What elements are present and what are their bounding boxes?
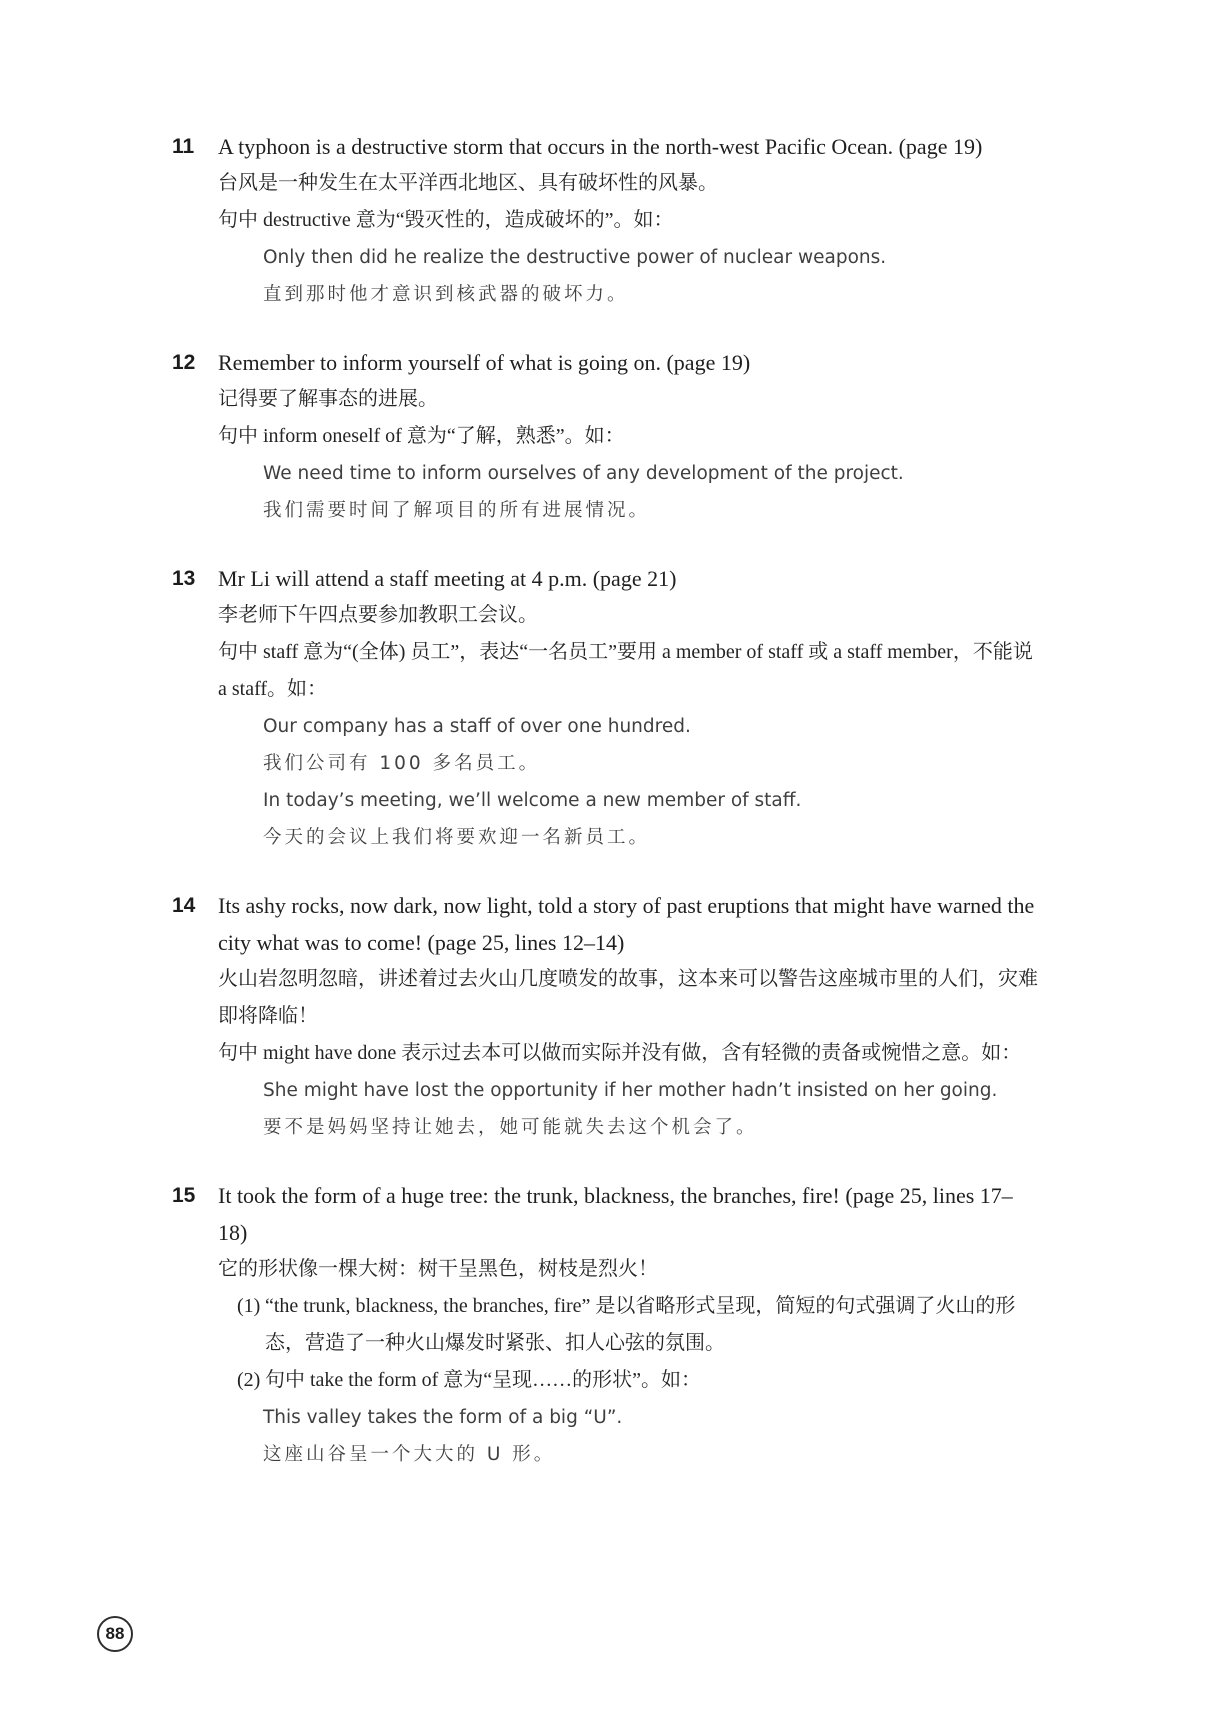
item-body: Mr Li will attend a staff meeting at 4 p… <box>218 560 1038 856</box>
example-block: We need time to inform ourselves of any … <box>263 455 1038 529</box>
item-chinese-translation: 它的形状像一棵大树：树干呈黑色，树枝是烈火！ <box>218 1251 1038 1288</box>
notes-list: 11 A typhoon is a destructive storm that… <box>172 128 1038 1504</box>
note-item-14: 14 Its ashy rocks, now dark, now light, … <box>172 887 1038 1146</box>
page-number: 88 <box>106 1624 125 1644</box>
example-chinese: 我们需要时间了解项目的所有进展情况。 <box>263 492 1038 529</box>
note-item-13: 13 Mr Li will attend a staff meeting at … <box>172 560 1038 856</box>
sub-item-text: “the trunk, blackness, the branches, fir… <box>265 1288 1038 1362</box>
item-chinese-translation: 李老师下午四点要参加教职工会议。 <box>218 597 1038 634</box>
item-english-sentence: Its ashy rocks, now dark, now light, tol… <box>218 887 1038 961</box>
item-body: A typhoon is a destructive storm that oc… <box>218 128 1038 313</box>
textbook-page: 11 A typhoon is a destructive storm that… <box>0 0 1207 1717</box>
sub-item-text: 句中 take the form of 意为“呈现……的形状”。如： <box>265 1362 1038 1399</box>
example-english: In today’s meeting, we’ll welcome a new … <box>263 782 1038 819</box>
example-chinese: 要不是妈妈坚持让她去，她可能就失去这个机会了。 <box>263 1109 1038 1146</box>
example-english: Our company has a staff of over one hund… <box>263 708 1038 745</box>
item-body: Remember to inform yourself of what is g… <box>218 344 1038 529</box>
example-chinese: 今天的会议上我们将要欢迎一名新员工。 <box>263 819 1038 856</box>
note-item-11: 11 A typhoon is a destructive storm that… <box>172 128 1038 313</box>
item-number: 15 <box>172 1177 218 1473</box>
item-number: 14 <box>172 887 218 1146</box>
item-chinese-translation: 火山岩忽明忽暗，讲述着过去火山几度喷发的故事，这本来可以警告这座城市里的人们，灾… <box>218 961 1038 1035</box>
example-chinese: 直到那时他才意识到核武器的破坏力。 <box>263 276 1038 313</box>
item-english-sentence: It took the form of a huge tree: the tru… <box>218 1177 1038 1251</box>
item-english-sentence: Mr Li will attend a staff meeting at 4 p… <box>218 560 1038 597</box>
item-usage-note: 句中 inform oneself of 意为“了解，熟悉”。如： <box>218 418 1038 455</box>
example-block: Only then did he realize the destructive… <box>263 239 1038 313</box>
example-chinese: 这座山谷呈一个大大的 U 形。 <box>263 1436 1038 1473</box>
example-english: Only then did he realize the destructive… <box>263 239 1038 276</box>
item-usage-note: 句中 destructive 意为“毁灭性的，造成破坏的”。如： <box>218 202 1038 239</box>
sub-item-2: (2) 句中 take the form of 意为“呈现……的形状”。如： <box>237 1362 1038 1399</box>
item-body: It took the form of a huge tree: the tru… <box>218 1177 1038 1473</box>
page-number-badge: 88 <box>97 1616 133 1652</box>
item-body: Its ashy rocks, now dark, now light, tol… <box>218 887 1038 1146</box>
note-item-12: 12 Remember to inform yourself of what i… <box>172 344 1038 529</box>
item-english-sentence: Remember to inform yourself of what is g… <box>218 344 1038 381</box>
example-english: This valley takes the form of a big “U”. <box>263 1399 1038 1436</box>
note-item-15: 15 It took the form of a huge tree: the … <box>172 1177 1038 1473</box>
item-usage-note: 句中 staff 意为“(全体) 员工”，表达“一名员工”要用 a member… <box>218 634 1038 708</box>
item-number: 11 <box>172 128 218 313</box>
item-number: 12 <box>172 344 218 529</box>
item-usage-note: 句中 might have done 表示过去本可以做而实际并没有做，含有轻微的… <box>218 1035 1038 1072</box>
item-number: 13 <box>172 560 218 856</box>
example-english: She might have lost the opportunity if h… <box>263 1072 1038 1109</box>
item-chinese-translation: 记得要了解事态的进展。 <box>218 381 1038 418</box>
sub-item-marker: (2) <box>237 1362 265 1399</box>
example-block: Our company has a staff of over one hund… <box>263 708 1038 856</box>
item-chinese-translation: 台风是一种发生在太平洋西北地区、具有破坏性的风暴。 <box>218 165 1038 202</box>
example-block: She might have lost the opportunity if h… <box>263 1072 1038 1146</box>
sub-item-1: (1) “the trunk, blackness, the branches,… <box>237 1288 1038 1362</box>
example-english: We need time to inform ourselves of any … <box>263 455 1038 492</box>
sub-item-marker: (1) <box>237 1288 265 1362</box>
example-block: This valley takes the form of a big “U”.… <box>263 1399 1038 1473</box>
item-english-sentence: A typhoon is a destructive storm that oc… <box>218 128 1038 165</box>
example-chinese: 我们公司有 100 多名员工。 <box>263 745 1038 782</box>
